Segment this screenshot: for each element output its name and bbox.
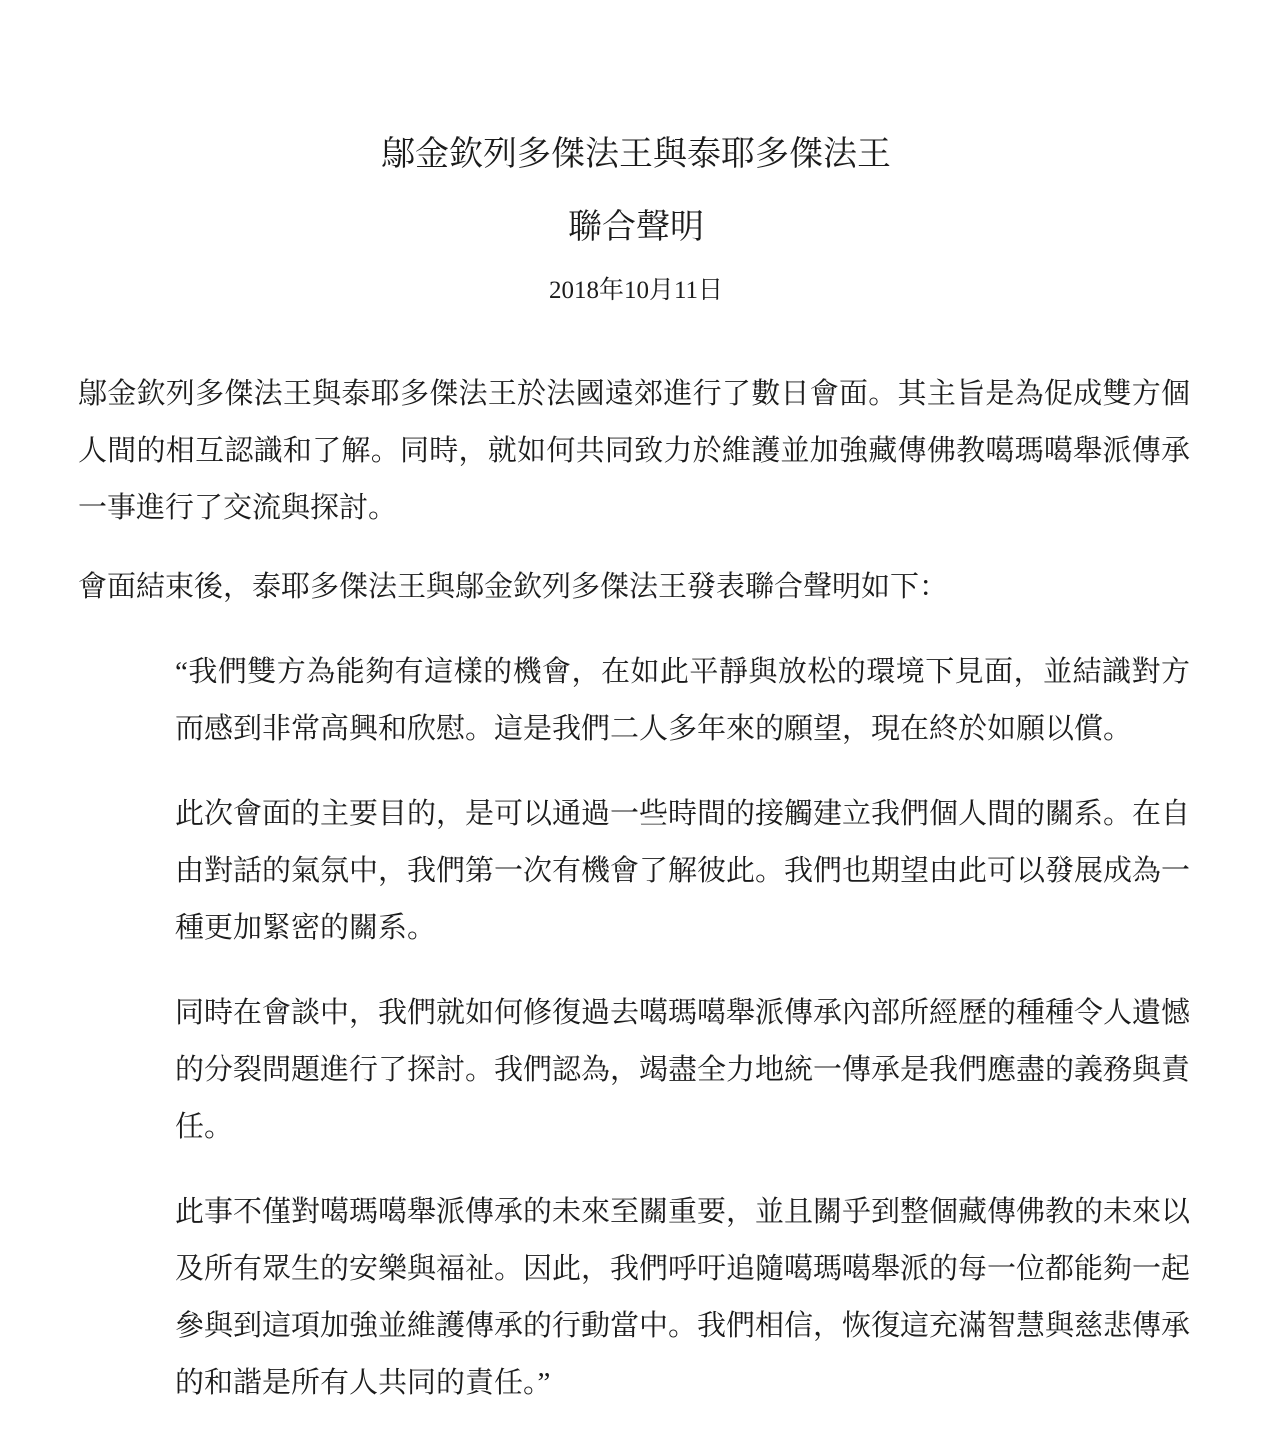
quote-paragraph: 此事不僅對噶瑪噶舉派傳承的未來至關重要，並且關乎到整個藏傳佛教的未來以及所有眾生… (175, 1184, 1190, 1412)
quote-paragraph: 此次會面的主要目的，是可以通過一些時間的接觸建立我們個人間的關系。在自由對話的氣… (175, 786, 1190, 957)
quote-paragraph: 同時在會談中，我們就如何修復過去噶瑪噶舉派傳承內部所經歷的種種令人遺憾的分裂問題… (175, 985, 1190, 1156)
document-date: 2018年10月11日 (0, 277, 1272, 305)
quote-paragraph: “我們雙方為能夠有這樣的機會，在如此平靜與放松的環境下見面，並結識對方而感到非常… (175, 644, 1190, 758)
document-page: 鄔金欽列多傑法王與泰耶多傑法王 聯合聲明 2018年10月11日 鄔金欽列多傑法… (0, 0, 1272, 1446)
paragraph-intro: 鄔金欽列多傑法王與泰耶多傑法王於法國遠郊進行了數日會面。其主旨是為促成雙方個人間… (78, 366, 1190, 537)
document-title: 鄔金欽列多傑法王與泰耶多傑法王 (0, 0, 1272, 173)
document-body: 鄔金欽列多傑法王與泰耶多傑法王於法國遠郊進行了數日會面。其主旨是為促成雙方個人間… (78, 366, 1190, 1412)
joint-statement-quote-block: “我們雙方為能夠有這樣的機會，在如此平靜與放松的環境下見面，並結識對方而感到非常… (175, 644, 1190, 1412)
document-subtitle: 聯合聲明 (0, 209, 1272, 246)
document-header: 鄔金欽列多傑法王與泰耶多傑法王 聯合聲明 2018年10月11日 (0, 0, 1272, 304)
paragraph-lead-in: 會面結束後，泰耶多傑法王與鄔金欽列多傑法王發表聯合聲明如下： (78, 559, 1190, 616)
